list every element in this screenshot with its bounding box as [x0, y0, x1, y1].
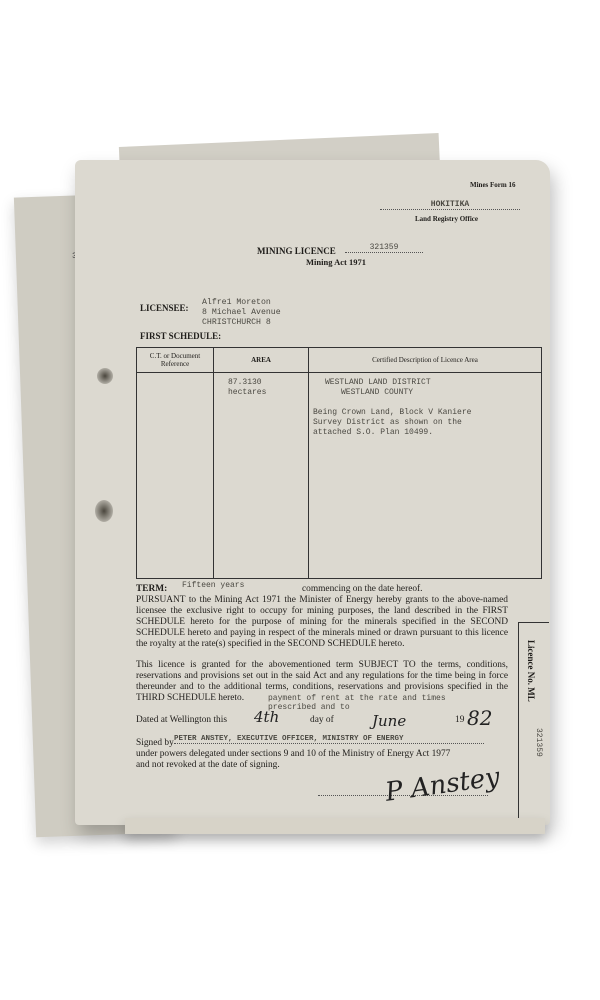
registry-office-value: HOKITIKA	[380, 200, 520, 210]
signed-by-label: Signed by	[136, 738, 174, 748]
area-value: 87.3130	[228, 378, 304, 388]
side-licence-label: Licence No. ML	[526, 640, 536, 702]
licensee-address: Alfre1 Moreton 8 Michael Avenue CHRISTCH…	[202, 298, 281, 328]
not-revoked-text: and not revoked at the date of signing.	[136, 760, 280, 770]
description-line: Being Crown Land, Block V Kaniere	[313, 408, 537, 418]
year-prefix: 19	[455, 715, 464, 725]
act-name: Mining Act 1971	[306, 257, 366, 267]
first-schedule-label: FIRST SCHEDULE:	[140, 331, 221, 341]
dated-day: 4th	[254, 708, 279, 726]
typed-insert-line: prescribed and to	[268, 703, 446, 712]
licensee-city: CHRISTCHURCH 8	[202, 318, 281, 328]
signed-by-value: PETER ANSTEY, EXECUTIVE OFFICER, MINISTR…	[174, 735, 484, 744]
description-line: Survey District as shown on the	[313, 418, 537, 428]
form-number: Mines Form 16	[470, 181, 516, 189]
term-suffix: commencing on the date hereof.	[302, 584, 423, 594]
registry-office-label: Land Registry Office	[415, 215, 478, 223]
term-value: Fifteen years	[182, 581, 244, 590]
sheet-bottom-edge	[125, 818, 545, 834]
header-area: AREA	[214, 348, 309, 373]
typed-insert: payment of rent at the rate and times pr…	[268, 694, 446, 712]
header-description: Certified Description of Licence Area	[309, 348, 542, 373]
header-reference: C.T. or Document Reference	[137, 348, 214, 373]
delegation-text: under powers delegated under sections 9 …	[136, 749, 450, 759]
cell-area: 87.3130 hectares	[214, 373, 309, 579]
licence-title: MINING LICENCE	[257, 246, 336, 256]
table-row: 87.3130 hectares WESTLAND LAND DISTRICT …	[137, 373, 542, 579]
side-licence-number: 321359	[534, 728, 543, 757]
punch-hole-mark	[95, 500, 113, 522]
dated-month: June	[372, 712, 406, 730]
land-district: WESTLAND LAND DISTRICT	[313, 378, 537, 388]
punch-hole-mark	[97, 368, 113, 384]
county: WESTLAND COUNTY	[313, 388, 537, 398]
description-line: attached S.O. Plan 10499.	[313, 428, 537, 438]
first-schedule-table: C.T. or Document Reference AREA Certifie…	[136, 347, 542, 579]
pursuant-paragraph: PURSUANT to the Mining Act 1971 the Mini…	[136, 595, 508, 650]
typed-insert-line: payment of rent at the rate and times	[268, 694, 446, 703]
cell-reference	[137, 373, 214, 579]
dated-label: Dated at Wellington this	[136, 715, 227, 725]
licensee-label: LICENSEE:	[140, 303, 189, 313]
day-of-label: day of	[310, 715, 334, 725]
licensee-name: Alfre1 Moreton	[202, 298, 281, 308]
cell-description: WESTLAND LAND DISTRICT WESTLAND COUNTY B…	[309, 373, 542, 579]
year-suffix: 82	[467, 706, 492, 730]
licence-number: 321359	[345, 243, 423, 253]
bleed-through-text	[275, 230, 277, 240]
licensee-street: 8 Michael Avenue	[202, 308, 281, 318]
area-unit: hectares	[228, 388, 304, 398]
term-label: TERM:	[136, 584, 167, 594]
